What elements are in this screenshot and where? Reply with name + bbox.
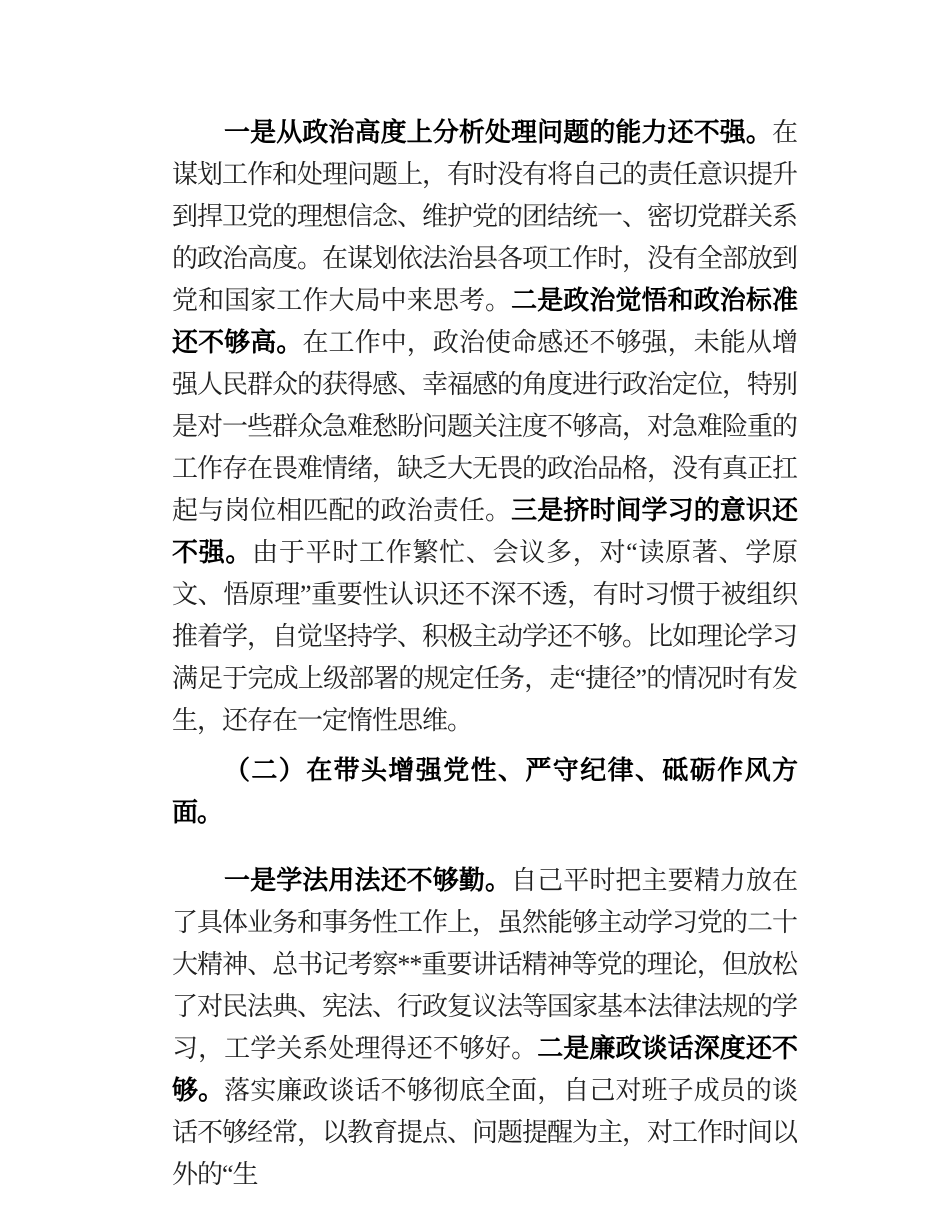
- paragraph: 一是学法用法还不够勤。自己平时把主要精力放在了具体业务和事务性工作上，虽然能够主…: [172, 860, 797, 1196]
- document-body: 一是从政治高度上分析处理问题的能力还不强。在谋划工作和处理问题上，有时没有将自己…: [172, 112, 797, 1196]
- document-page: 一是从政治高度上分析处理问题的能力还不强。在谋划工作和处理问题上，有时没有将自己…: [0, 0, 950, 1230]
- emphasis-run: 一是从政治高度上分析处理问题的能力还不强。: [224, 118, 772, 148]
- emphasis-run: 一是学法用法还不够勤。: [224, 866, 511, 896]
- emphasis-run: （二）在带头增强党性、严守纪律、砥砺作风方面。: [172, 756, 797, 828]
- text-run: 由于平时工作繁忙、会议多，对“读原著、学原文、悟原理”重要性认识还不深不透，有时…: [172, 538, 797, 735]
- text-run: 落实廉政谈话不够彻底全面，自己对班子成员的谈话不够经常，以教育提点、问题提醒为主…: [172, 1076, 797, 1189]
- paragraph: 一是从政治高度上分析处理问题的能力还不强。在谋划工作和处理问题上，有时没有将自己…: [172, 112, 797, 742]
- section-heading: （二）在带头增强党性、严守纪律、砥砺作风方面。: [172, 750, 797, 834]
